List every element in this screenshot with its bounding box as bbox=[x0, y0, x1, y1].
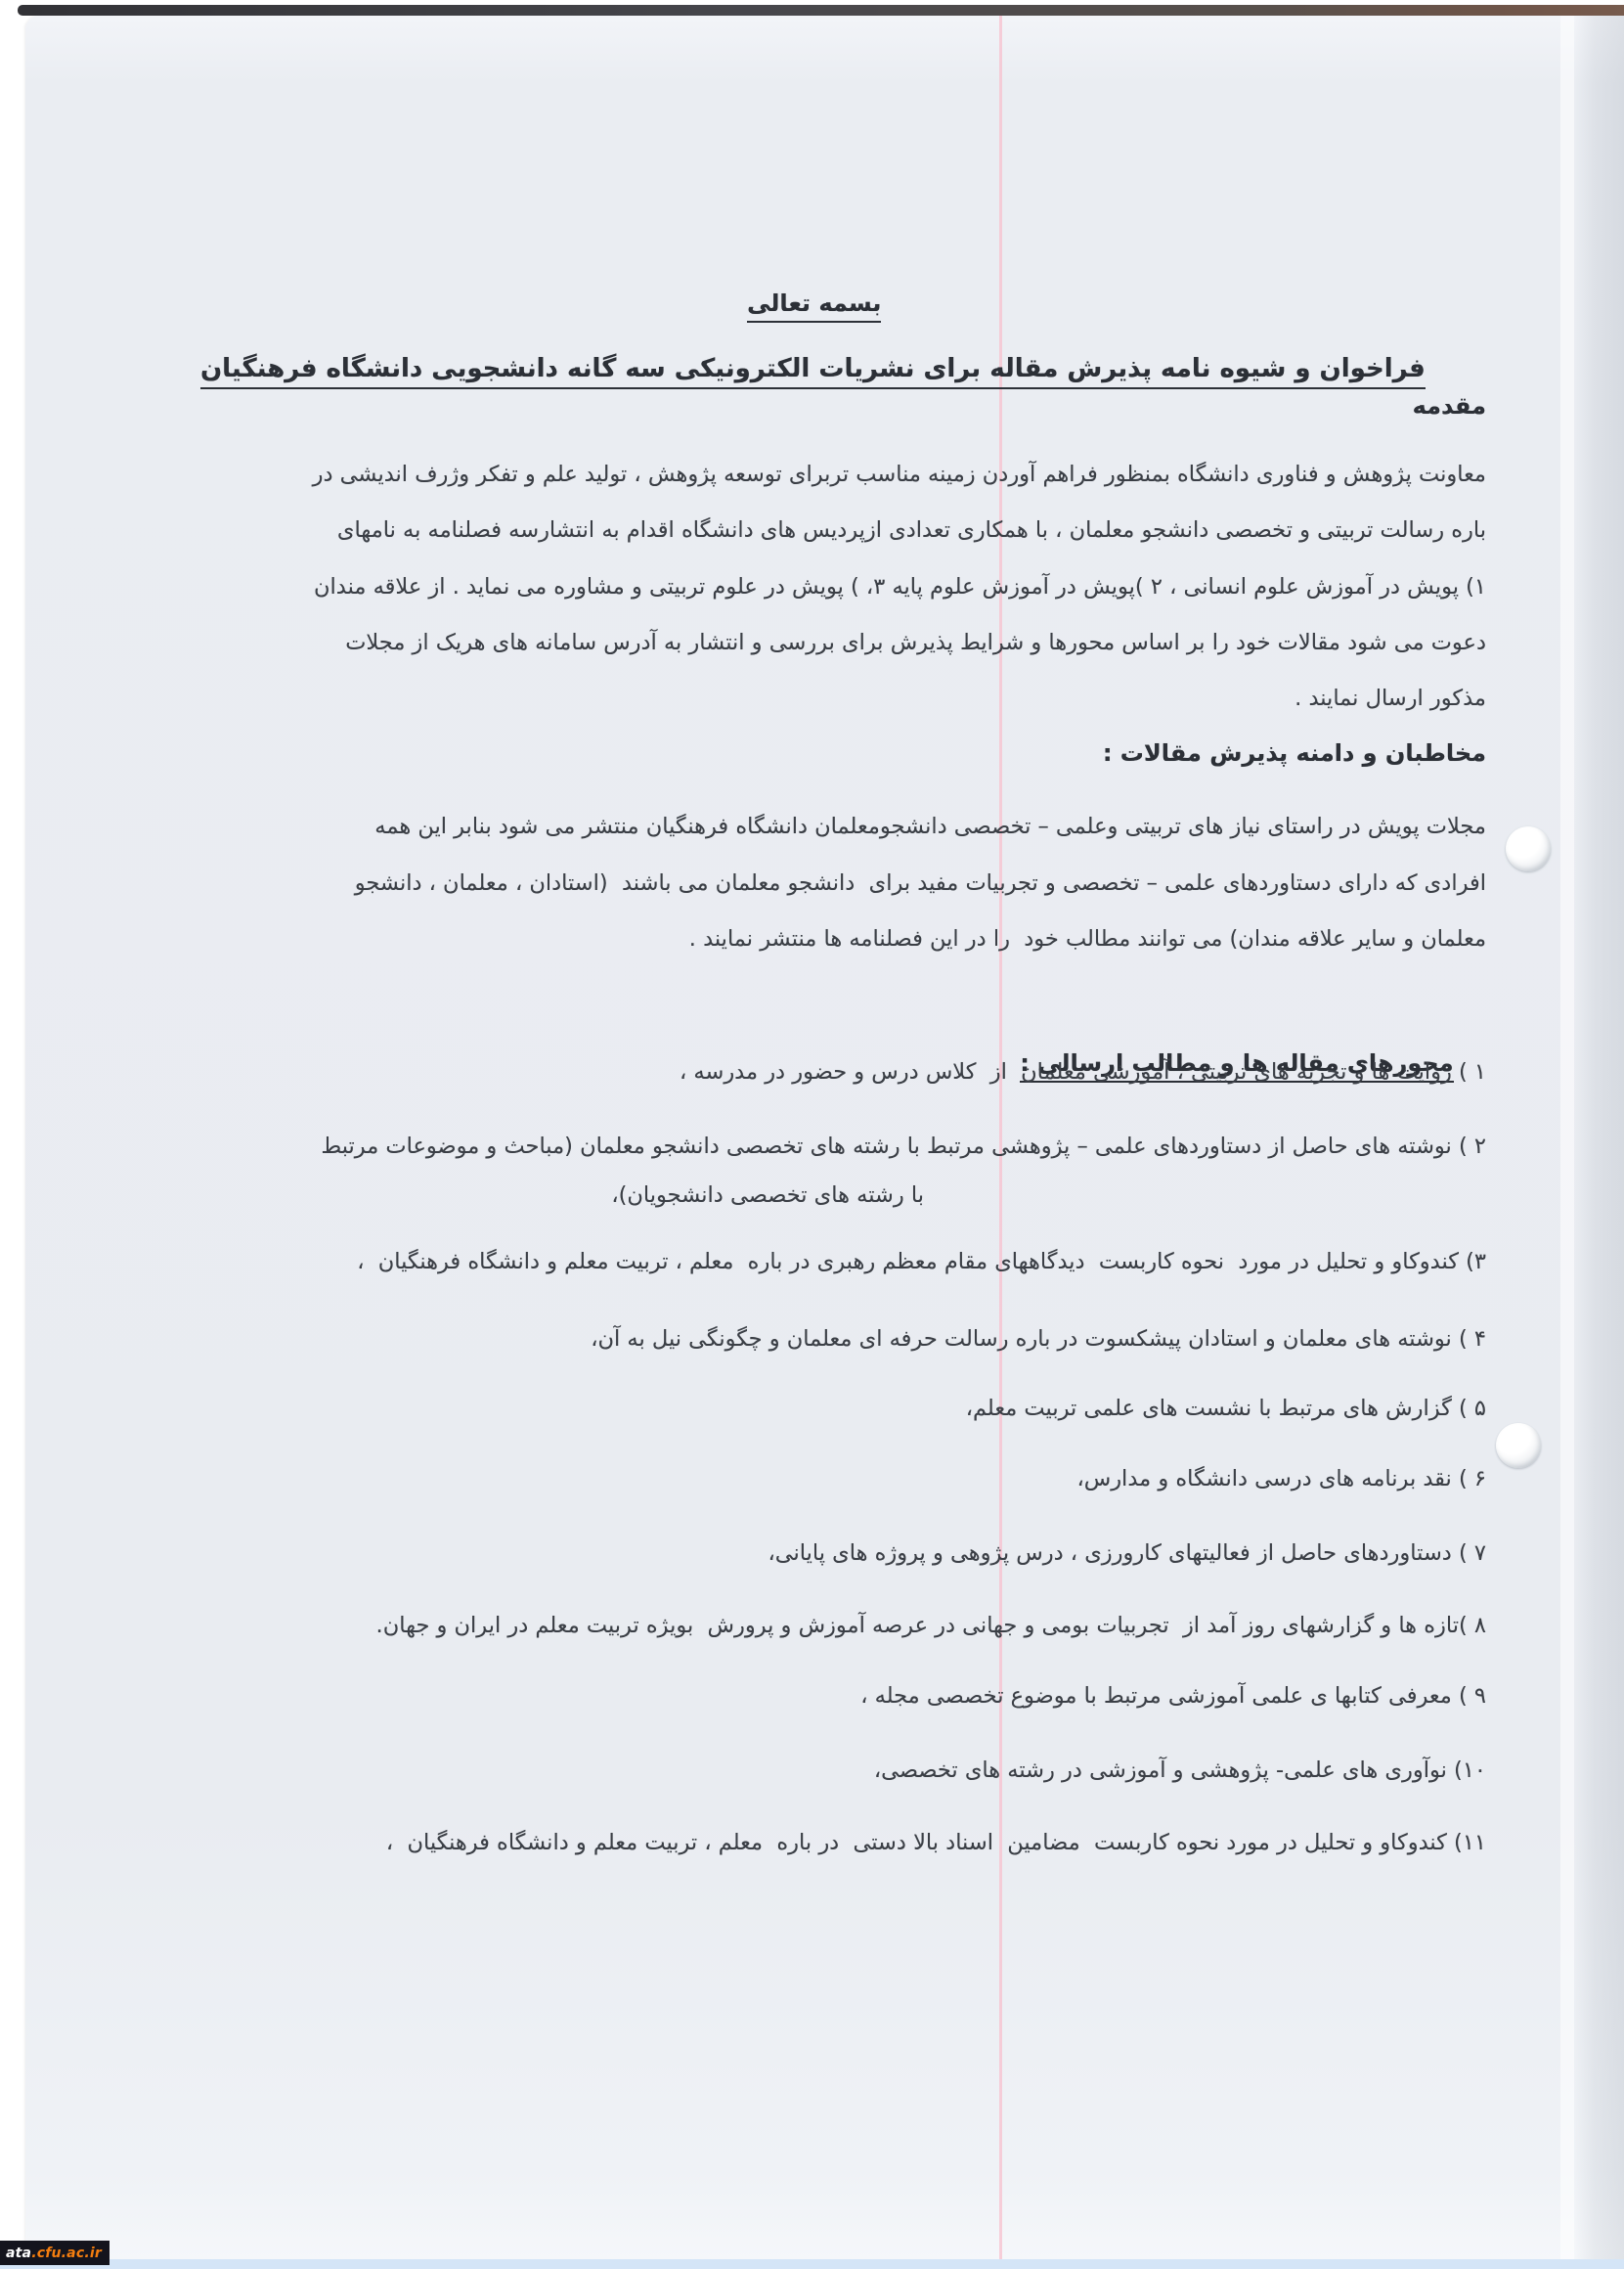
intro-paragraph-line: دعوت می شود مقالات خود را بر اساس محورها… bbox=[112, 615, 1486, 671]
intro-paragraph-line: ۱) پویش در آموزش علوم انسانی ، ۲ )پویش د… bbox=[112, 559, 1486, 615]
punch-hole bbox=[1506, 826, 1551, 871]
scan-right-streak bbox=[1560, 16, 1574, 2260]
section-heading-intro: مقدمه bbox=[112, 378, 1486, 434]
topic-list-item: ۵ ) گزارش های مرتبط با نشست های علمی ترب… bbox=[112, 1381, 1486, 1437]
intro-paragraph-line: باره رسالت تربیتی و تخصصی دانشجو معلمان … bbox=[112, 503, 1486, 558]
topic-list-item: ۸ )تازه ها و گزارشهای روز آمد از تجربیات… bbox=[112, 1598, 1486, 1654]
topic-list-item: ۱۰) نوآوری های علمی- پژوهشی و آموزشی در … bbox=[112, 1743, 1486, 1799]
topic-list-item: ۱۱) کندوکاو و تحلیل در مورد نحوه کاربست … bbox=[112, 1815, 1486, 1871]
audience-paragraph-line: مجلات پویش در راستای نیاز های تربیتی وعل… bbox=[112, 799, 1486, 855]
section-heading-topics: محورهای مقاله ها و مطالب ارسالی : bbox=[112, 980, 1486, 1036]
intro-paragraph-line: مذکور ارسال نمایند . bbox=[112, 671, 1486, 727]
watermark-prefix: ata bbox=[6, 2246, 31, 2261]
topic-list-item: ۶ ) نقد برنامه های درسی دانشگاه و مدارس، bbox=[112, 1451, 1486, 1507]
document-body: بسمه تعالی فراخوان و شیوه نامه پذیرش مقا… bbox=[112, 0, 1486, 2269]
topic-list-item: ۳) کندوکاو و تحلیل در مورد نحوه کاربست د… bbox=[112, 1234, 1486, 1290]
punch-hole bbox=[1496, 1423, 1541, 1468]
audience-paragraph-line: افرادی که دارای دستاوردهای علمی – تخصصی … bbox=[112, 856, 1486, 912]
scan-right-shadow bbox=[1575, 16, 1624, 2260]
watermark-badge: ata.cfu.ac.ir bbox=[0, 2241, 110, 2265]
section-heading-audience: مخاطبان و دامنه پذیرش مقالات : bbox=[112, 726, 1486, 781]
watermark-suffix: .cfu.ac.ir bbox=[31, 2246, 102, 2261]
topic-list-item: ۹ ) معرفی کتابها ی علمی آموزشی مرتبط با … bbox=[112, 1668, 1486, 1724]
topic-list-item: ۴ ) نوشته های معلمان و استادان پیشکسوت د… bbox=[112, 1312, 1486, 1367]
topic-list-item: ۲ ) نوشته های حاصل از دستاوردهای علمی – … bbox=[112, 1119, 1486, 1175]
audience-paragraph-line: معلمان و سایر علاقه مندان) می توانند مطا… bbox=[112, 912, 1486, 967]
topic-list-item-continuation: با رشته های تخصصی دانشجویان)، bbox=[112, 1168, 1486, 1223]
intro-paragraph-line: معاونت پژوهش و فناوری دانشگاه بمنظور فرا… bbox=[112, 447, 1486, 503]
page-title: فراخوان و شیوه نامه پذیرش مقاله برای نشر… bbox=[144, 286, 1517, 341]
bismillah-line: بسمه تعالی bbox=[144, 220, 1517, 276]
topic-list-item: ۱ ) روایت ها و تجربه های تربیتی ، آموزشی… bbox=[112, 1045, 1486, 1100]
topic-list-item: ۷ ) دستاوردهای حاصل از فعالیتهای کارورزی… bbox=[112, 1526, 1486, 1581]
